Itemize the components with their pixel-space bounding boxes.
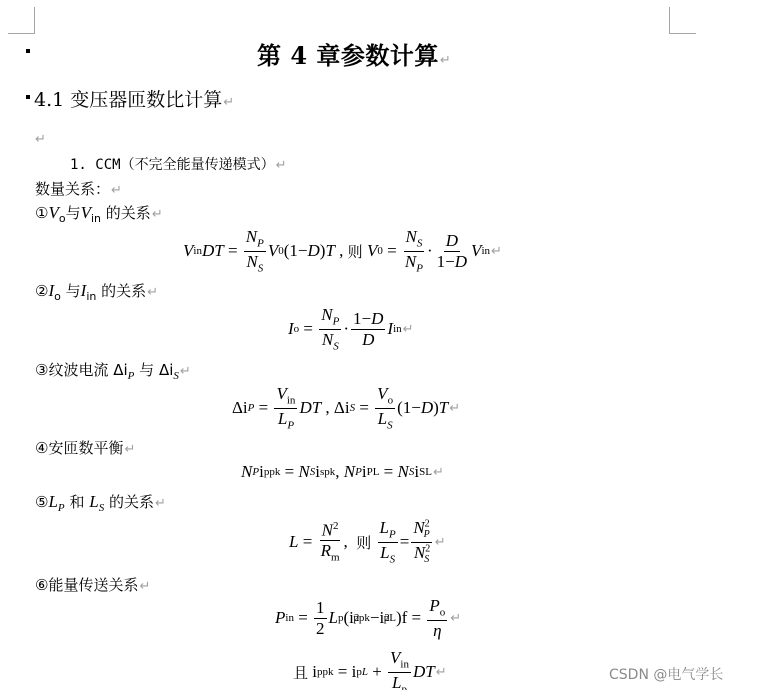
chapter-title: 第 4 章参数计算↵ <box>257 36 451 71</box>
paragraph-mark-icon: ↵ <box>35 132 46 147</box>
csdn-watermark: CSDN @电气学长 <box>609 664 723 684</box>
item-1-heading: ①Vo与Vin 的关系↵ <box>35 202 163 225</box>
paragraph-mark-icon: ↵ <box>152 207 163 222</box>
paragraph-mark-icon: ↵ <box>276 158 287 173</box>
paragraph-mark-icon: ↵ <box>491 244 502 259</box>
paragraph-mark-icon: ↵ <box>449 401 460 416</box>
paragraph-mark-icon: ↵ <box>155 496 166 511</box>
item-3-heading: ③纹波电流 ΔiP 与 ΔiS↵ <box>35 359 191 382</box>
item-2-heading: ②Io 与Iin 的关系↵ <box>35 280 158 303</box>
page-corner-mark-right <box>669 7 696 34</box>
paragraph-mark-icon: ↵ <box>435 535 446 550</box>
heading-bullet <box>26 49 30 53</box>
list-item-ccm: 1. CCM（不完全能量传递模式）↵ <box>70 154 286 174</box>
item-4-heading: ④安匝数平衡↵ <box>35 437 135 458</box>
equation-1: VinDT = NPNS V0(1−D)T , 则 V0 = NSNP· D1−… <box>183 228 502 275</box>
paragraph-mark-icon: ↵ <box>139 579 150 594</box>
equation-2: Io = NPNS· 1−DD Iin↵ <box>288 306 414 353</box>
heading-bullet <box>26 95 30 99</box>
intro-text: 数量关系：↵ <box>35 178 122 199</box>
equation-7: 且 ippk = ipL + VinLp DT↵ <box>293 649 447 690</box>
section-title: 4.1 变压器匝数比计算↵ <box>34 85 234 112</box>
paragraph-mark-icon: ↵ <box>180 364 191 379</box>
item-6-heading: ⑥能量传送关系↵ <box>35 574 150 595</box>
paragraph-mark-icon: ↵ <box>124 442 135 457</box>
paragraph-mark-icon: ↵ <box>440 53 451 68</box>
paragraph-mark-icon: ↵ <box>433 465 444 480</box>
paragraph-mark-icon: ↵ <box>111 183 122 198</box>
empty-paragraph: ↵ <box>34 128 46 147</box>
page-corner-mark-left <box>8 7 35 34</box>
equation-3: ΔiP = VinLP DT , ΔiS = VoLS (1−D)T↵ <box>232 385 460 432</box>
paragraph-mark-icon: ↵ <box>436 665 447 680</box>
equation-5: L = N2Rm, 则 LPLS= N2PN2S↵ <box>289 519 446 566</box>
item-5-heading: ⑤LP 和 LS 的关系↵ <box>35 491 166 514</box>
paragraph-mark-icon: ↵ <box>450 611 461 626</box>
paragraph-mark-icon: ↵ <box>223 95 234 110</box>
paragraph-mark-icon: ↵ <box>403 322 414 337</box>
equation-6: Pin = 12 Lp(i2ppk−i2pL)f = Poη↵ <box>275 597 461 640</box>
equation-4: NPippk = NSispk, NPiPL = NSiSL↵ <box>241 462 444 482</box>
paragraph-mark-icon: ↵ <box>147 285 158 300</box>
